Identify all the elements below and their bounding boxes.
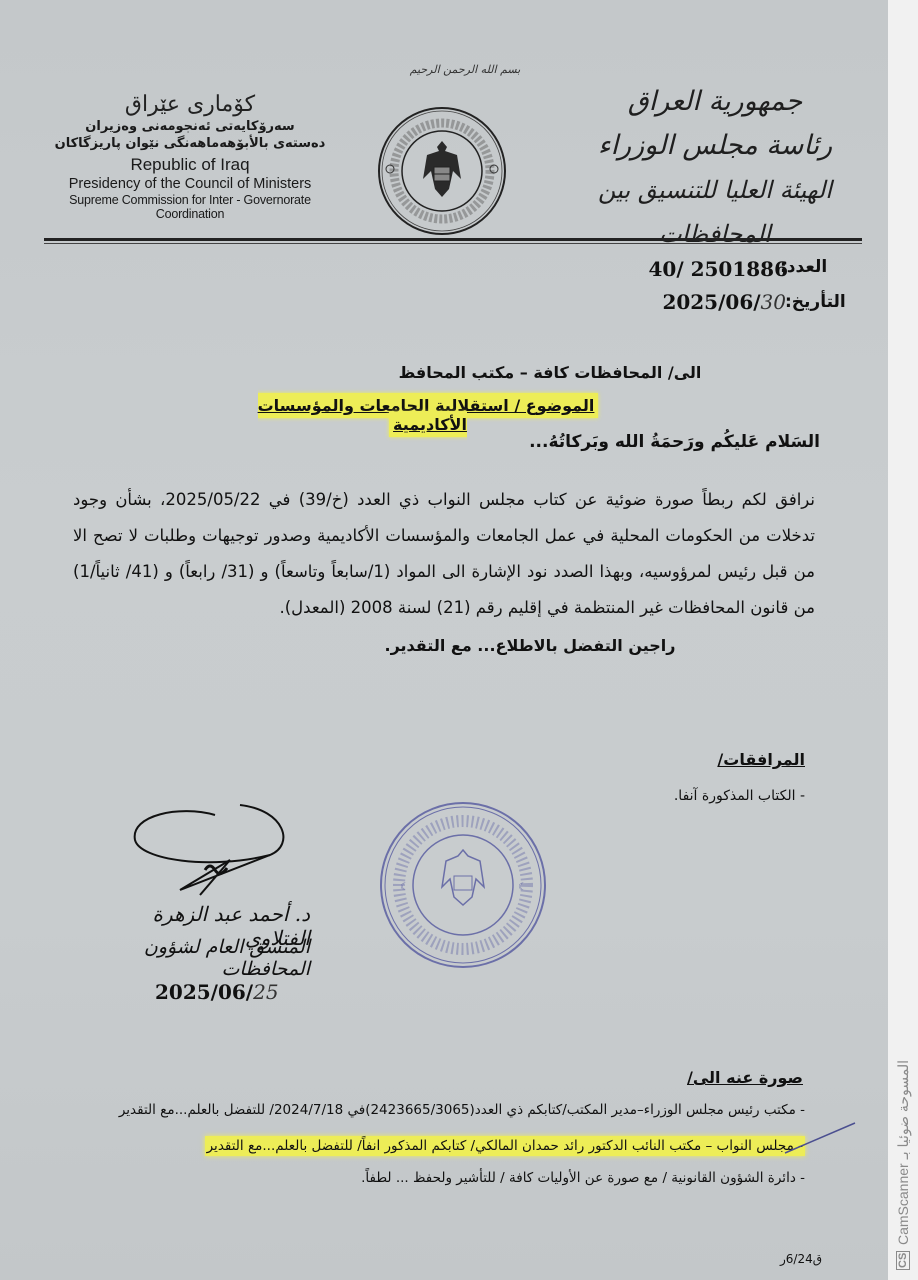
signature-date-value: 2025/06/	[155, 980, 253, 1004]
copy-recipient-1: - مكتب رئيس مجلس الوزراء–مدير المكتب/كتا…	[82, 1102, 805, 1118]
english-commission: Supreme Commission for Inter - Governora…	[45, 193, 335, 221]
svg-text:☾: ☾	[518, 882, 527, 893]
signer-title: المنسق العام لشؤون المحافظات	[95, 936, 310, 980]
ref-date: 2025/06/30	[628, 290, 786, 314]
camscanner-logo-icon: CS	[896, 1251, 910, 1270]
signature-date: 2025/06/25	[155, 980, 315, 1004]
copy-recipient-2: - مجلس النواب – مكتب النائب الدكتور رائد…	[82, 1138, 805, 1154]
english-presidency: Presidency of the Council of Ministers	[45, 176, 335, 192]
subject-text: الموضوع / استقلالية الجامعات والمؤسسات ا…	[258, 393, 599, 437]
copy-recipient-3: - دائرة الشؤون القانونية / مع صورة عن ال…	[82, 1170, 805, 1186]
letter-body: نرافق لكم ربطاً صورة ضوئية عن كتاب مجلس …	[73, 482, 815, 626]
header-divider-thin	[44, 243, 862, 244]
pen-tick-mark-icon	[780, 1118, 860, 1158]
signature-date-handwritten: 25	[253, 980, 278, 1004]
ref-number-value: 40/ 2501886	[600, 257, 788, 281]
english-republic: Republic of Iraq	[45, 155, 335, 175]
ref-date-value: 2025/06/	[662, 290, 760, 314]
kurdish-title: کۆماری عێراق	[45, 92, 335, 117]
iraq-emblem-icon	[376, 105, 508, 237]
handwritten-signature-icon	[120, 800, 290, 900]
camscanner-text: CamScanner المسوحة ضوئيا بـ	[895, 1060, 911, 1245]
copies-title: صورة عنه الى/	[680, 1068, 803, 1087]
footer-reference: ق6/24ر	[780, 1252, 822, 1266]
basmala: بسم الله الرحمن الرحيم	[375, 63, 555, 76]
ref-date-label: التأريخ:	[785, 292, 846, 312]
header-divider	[44, 238, 862, 241]
closing-line: راجين التفضل بالاطلاع... مع التقدير.	[330, 636, 730, 655]
copy-recipient-2-text: - مجلس النواب – مكتب النائب الدكتور رائد…	[205, 1136, 805, 1156]
header-republic: جمهورية العراق	[570, 80, 860, 124]
attachment-item: - الكتاب المذكورة آنفا.	[560, 788, 805, 804]
subject-line: الموضوع / استقلالية الجامعات والمؤسسات ا…	[232, 396, 624, 434]
camscanner-watermark: CS CamScanner المسوحة ضوئيا بـ	[893, 1010, 913, 1270]
attachments-title: المرافقات/	[660, 750, 805, 769]
kurdish-line-1: سەرۆکایەتی ئەنجومەنی وەزیران	[45, 119, 335, 134]
official-stamp-icon: ☾ ☾	[378, 800, 548, 970]
greeting: السَلام عَليكُم ورَحمَةُ الله وبَركاتُهُ…	[480, 432, 820, 452]
recipient-line: الى/ المحافظات كافة – مكتب المحافظ	[300, 363, 800, 382]
kurdish-line-2: دەستەی بالأبۆهەماهەنگی نێوان پاریزگاکان	[45, 136, 335, 151]
svg-text:☾: ☾	[400, 882, 409, 893]
header-presidency: رئاسة مجلس الوزراء	[570, 124, 860, 168]
letterhead-left: کۆماری عێراق سەرۆکایەتی ئەنجومەنی وەزیرا…	[45, 92, 335, 221]
letterhead-right: جمهورية العراق رئاسة مجلس الوزراء الهيئة…	[570, 80, 860, 256]
ref-date-handwritten: 30	[761, 290, 786, 314]
